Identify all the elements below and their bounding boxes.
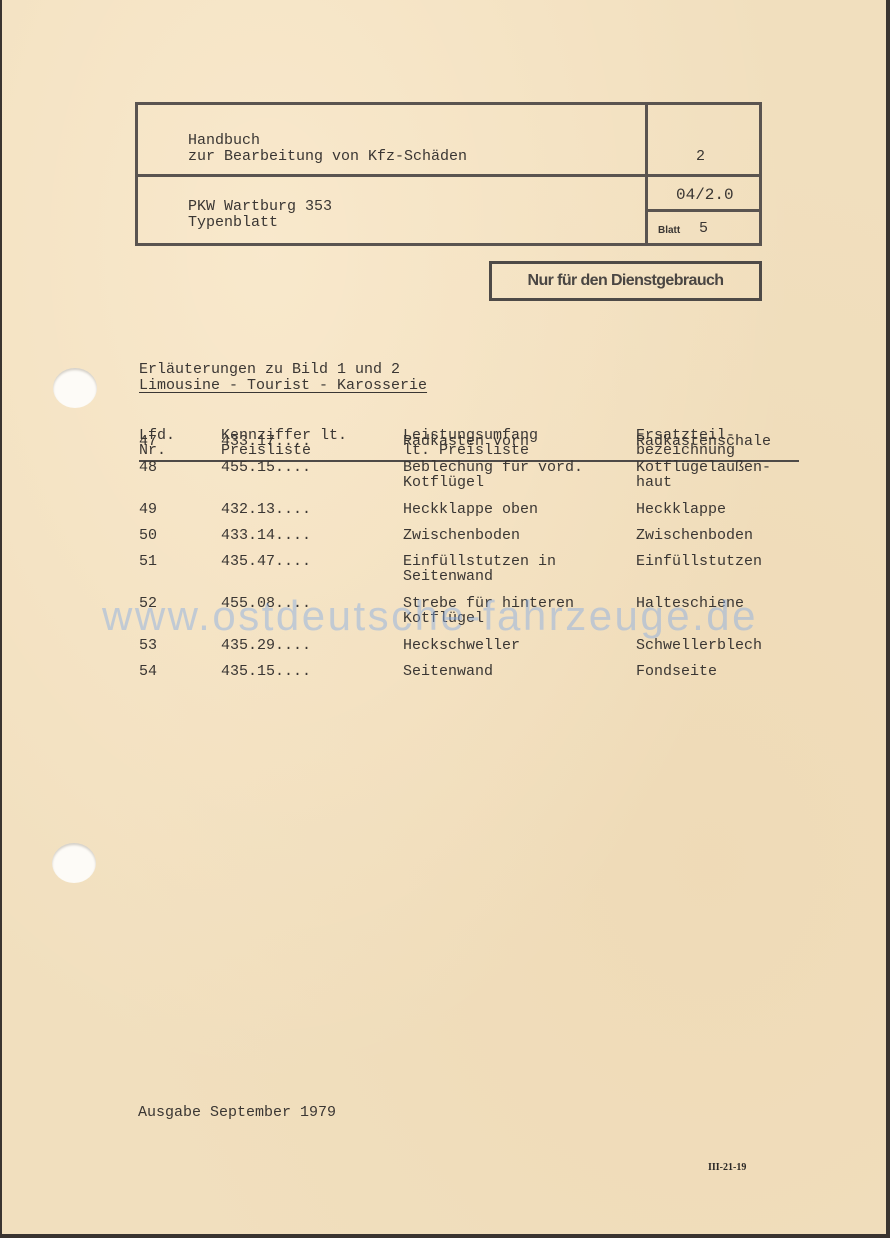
cell-scope: Heckschweller: [403, 638, 520, 653]
cell-code: 435.29....: [221, 638, 311, 653]
edition-date: Ausgabe September 1979: [138, 1104, 336, 1121]
cell-part: Schwellerblech: [636, 638, 762, 653]
cell-part: Kotflügelaußen- haut: [636, 460, 771, 490]
section-subtitle: Limousine - Tourist - Karosserie: [139, 378, 427, 394]
cell-part: Radkastenschale: [636, 434, 771, 449]
cell-scope: Heckklappe oben: [403, 502, 538, 517]
document-code: 04/2.0: [676, 187, 734, 203]
cell-part: Fondseite: [636, 664, 717, 679]
cell-nr: 50: [139, 528, 157, 543]
watermark: www.ostdeutsche-fahrzeuge.de: [102, 592, 758, 640]
cell-scope: Radkasten vorn: [403, 434, 529, 449]
punch-hole: [52, 843, 96, 883]
punch-hole: [53, 368, 97, 408]
section-title: Erläuterungen zu Bild 1 und 2: [139, 362, 427, 378]
classification-stamp: Nur für den Dienstgebrauch: [489, 261, 762, 301]
cell-nr: 48: [139, 460, 157, 475]
divider: [138, 174, 759, 177]
cell-part: Zwischenboden: [636, 528, 753, 543]
cell-code: 455.15....: [221, 460, 311, 475]
cell-code: 435.47....: [221, 554, 311, 569]
document-subject: PKW Wartburg 353 Typenblatt: [188, 199, 332, 231]
cell-nr: 53: [139, 638, 157, 653]
cell-code: 432.13....: [221, 502, 311, 517]
header-box: Handbuch zur Bearbeitung von Kfz-Schäden…: [135, 102, 762, 246]
sheet-number: 5: [699, 221, 708, 237]
cell-part: Heckklappe: [636, 502, 726, 517]
parts-table: Lfd. Nr. Kennziffer lt. Preisliste Leist…: [139, 428, 799, 461]
section-heading: Erläuterungen zu Bild 1 und 2 Limousine …: [139, 362, 427, 394]
cell-part: Einfüllstutzen: [636, 554, 762, 569]
print-reference: III-21-19: [708, 1162, 746, 1173]
manual-title: Handbuch zur Bearbeitung von Kfz-Schäden: [188, 133, 467, 165]
cell-scope: Zwischenboden: [403, 528, 520, 543]
cell-nr: 49: [139, 502, 157, 517]
divider: [645, 209, 759, 212]
cell-code: 435.15....: [221, 664, 311, 679]
document-page: Handbuch zur Bearbeitung von Kfz-Schäden…: [2, 0, 886, 1234]
section-number: 2: [696, 149, 705, 165]
cell-scope: Seitenwand: [403, 664, 493, 679]
cell-scope: Einfüllstutzen in Seitenwand: [403, 554, 556, 584]
cell-nr: 54: [139, 664, 157, 679]
cell-scope: Beblechung für vord. Kotflügel: [403, 460, 583, 490]
cell-code: 433.17....: [221, 434, 311, 449]
cell-nr: 51: [139, 554, 157, 569]
sheet-label: Blatt: [658, 223, 680, 239]
cell-code: 433.14....: [221, 528, 311, 543]
cell-nr: 47: [139, 434, 157, 449]
